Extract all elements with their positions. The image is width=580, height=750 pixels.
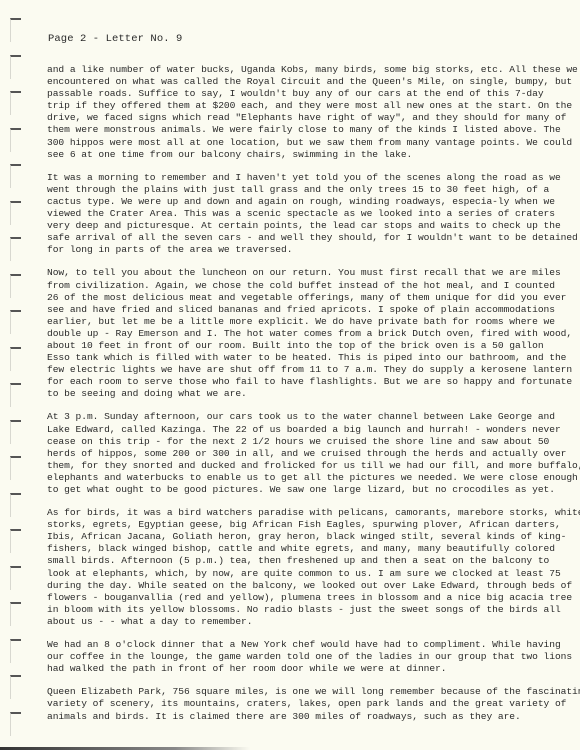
paragraph: At 3 p.m. Sunday afternoon, our cars too… — [47, 411, 577, 496]
text-line: during the day. While seated on the balc… — [47, 580, 577, 592]
letter-page: Page 2 - Letter No. 9 and a like number … — [0, 0, 580, 750]
text-line: flowers - bouganvallia (red and yellow),… — [47, 592, 577, 604]
binder-mark — [10, 566, 21, 590]
binder-mark — [10, 347, 21, 371]
binder-mark — [10, 456, 21, 480]
text-line: encountered on what was called the Royal… — [47, 76, 577, 88]
text-line: and a like number of water bucks, Uganda… — [47, 64, 577, 76]
paragraph: It was a morning to remember and I haven… — [47, 172, 577, 257]
text-line: about 10 feet in front of our room. Buil… — [47, 340, 577, 352]
text-line: see and have fried and sliced bananas an… — [47, 304, 577, 316]
binder-mark — [10, 128, 21, 152]
text-line: 26 of the most delicious meat and vegeta… — [47, 292, 577, 304]
text-line: herds of hippos, some 200 or 300 in all,… — [47, 448, 577, 460]
text-line: We had an 8 o'clock dinner that a New Yo… — [47, 639, 577, 651]
text-line: see 6 at one time from our balcony chair… — [47, 149, 577, 161]
text-line: cactus type. We were up and down and aga… — [47, 196, 577, 208]
text-line: went through the plains with just tall g… — [47, 184, 577, 196]
text-line: double up - Ray Emerson and I. The hot w… — [47, 328, 577, 340]
paragraph: and a like number of water bucks, Uganda… — [47, 64, 577, 161]
binder-mark — [10, 18, 21, 42]
text-line: At 3 p.m. Sunday afternoon, our cars too… — [47, 411, 577, 423]
binder-mark — [10, 274, 21, 298]
binder-mark — [10, 493, 21, 517]
text-line: for long in parts of the area we travers… — [47, 244, 577, 256]
text-line: them, for they snorted and ducked and fr… — [47, 460, 577, 472]
binder-mark — [10, 237, 21, 261]
text-line: few electric lights we have are shut off… — [47, 364, 577, 376]
text-line: to be seeing and doing what we are. — [47, 388, 577, 400]
text-line: earlier, but let me be a little more exp… — [47, 316, 577, 328]
text-line: our coffee in the lounge, the game warde… — [47, 651, 577, 663]
binder-mark — [10, 529, 21, 553]
text-line: about us - - what a day to remember. — [47, 616, 577, 628]
text-line: in bloom with its yellow blossoms. No ra… — [47, 604, 577, 616]
text-line: fishers, black winged bishop, cattle and… — [47, 543, 577, 555]
text-line: cease on this trip - for the next 2 1/2 … — [47, 436, 577, 448]
text-line: 300 hippos were most all at one location… — [47, 137, 577, 149]
text-line: elephants and waterbucks to enable us to… — [47, 472, 577, 484]
text-line: storks, egrets, Egyptian geese, big Afri… — [47, 519, 577, 531]
text-line: animals and birds. It is claimed there a… — [47, 711, 577, 723]
text-line: look at elephants, which, by now, are qu… — [47, 568, 577, 580]
text-line: trip if they offered them at $200 each, … — [47, 100, 577, 112]
paragraph: We had an 8 o'clock dinner that a New Yo… — [47, 639, 577, 675]
text-line: viewed the Crater Area. This was a sceni… — [47, 208, 577, 220]
text-line: had walked the path in front of her room… — [47, 663, 577, 675]
binder-mark — [10, 602, 21, 626]
binder-mark — [10, 201, 21, 225]
binder-mark — [10, 91, 21, 115]
text-line: passable roads. Suffice to say, I wouldn… — [47, 88, 577, 100]
text-line: drive, we faced signs which read "Elepha… — [47, 112, 577, 124]
binder-mark — [10, 675, 21, 699]
text-line: from civilization. Again, we chose the c… — [47, 280, 577, 292]
binder-mark — [10, 639, 21, 663]
text-line: Esso tank which is filled with water to … — [47, 352, 577, 364]
binder-mark — [10, 383, 21, 407]
text-line: Lake Edward, called Kazinga. The 22 of u… — [47, 424, 577, 436]
text-line: Queen Elizabeth Park, 756 square miles, … — [47, 686, 577, 698]
paragraph: Now, to tell you about the luncheon on o… — [47, 267, 577, 400]
paragraph: As for birds, it was a bird watchers par… — [47, 507, 577, 628]
binder-hole-marks — [4, 0, 20, 750]
binder-mark — [10, 164, 21, 188]
text-line: It was a morning to remember and I haven… — [47, 172, 577, 184]
text-line: for each room to serve those who fail to… — [47, 376, 577, 388]
letter-body: and a like number of water bucks, Uganda… — [47, 64, 577, 734]
text-line: variety of scenery, its mountains, crate… — [47, 698, 577, 710]
text-line: Ibis, African Jacana, Goliath heron, gra… — [47, 531, 577, 543]
binder-mark — [10, 712, 21, 736]
text-line: small birds. Afternoon (5 p.m.) tea, the… — [47, 555, 577, 567]
text-line: Now, to tell you about the luncheon on o… — [47, 267, 577, 279]
paragraph: Queen Elizabeth Park, 756 square miles, … — [47, 686, 577, 722]
text-line: to get what ought to be good pictures. W… — [47, 484, 577, 496]
page-header: Page 2 - Letter No. 9 — [48, 33, 182, 45]
text-line: safe arrival of all the seven cars - and… — [47, 232, 577, 244]
text-line: As for birds, it was a bird watchers par… — [47, 507, 577, 519]
binder-mark — [10, 310, 21, 334]
text-line: them were monstrous animals. We were fai… — [47, 124, 577, 136]
binder-mark — [10, 420, 21, 444]
binder-mark — [10, 55, 21, 79]
text-line: very deep and picturesque. At certain po… — [47, 220, 577, 232]
